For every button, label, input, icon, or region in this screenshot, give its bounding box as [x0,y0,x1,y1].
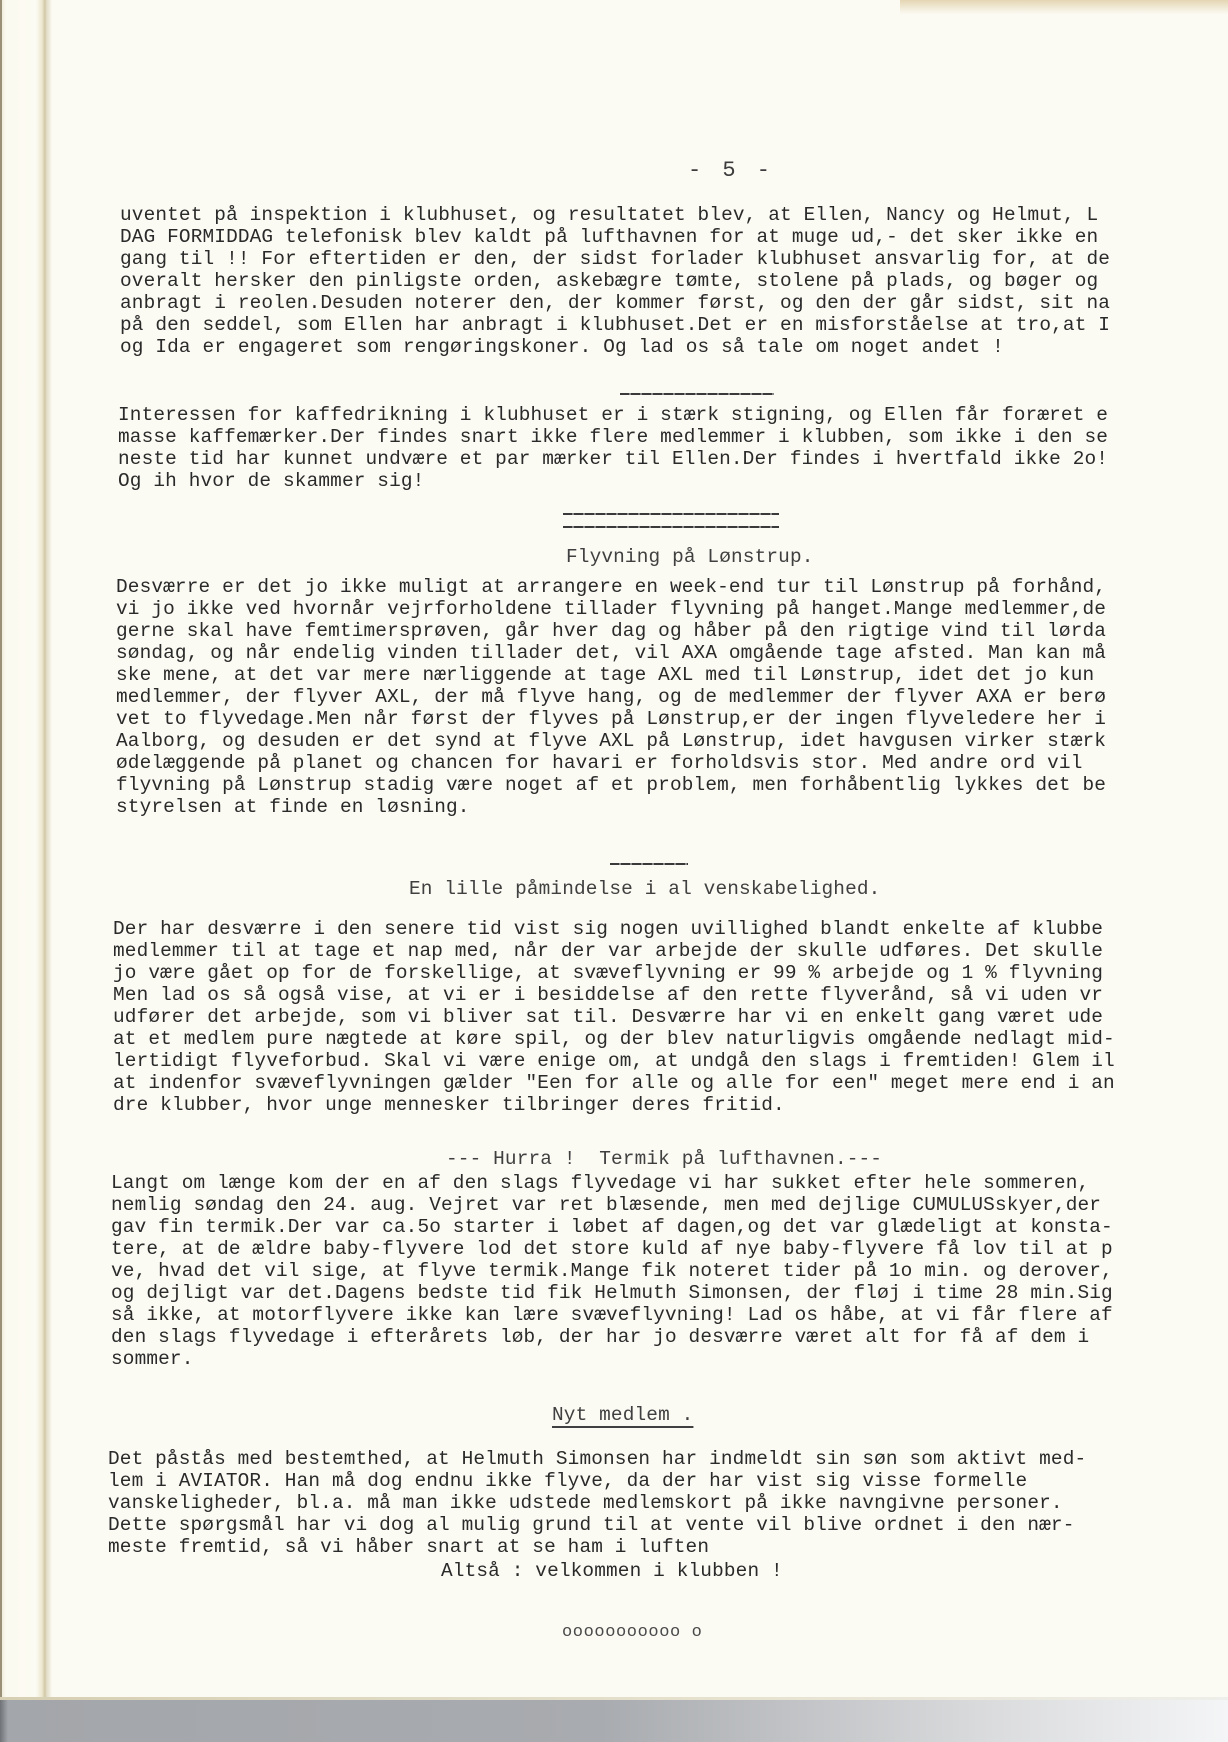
text-line: neste tid har kunnet undvære et par mærk… [118,448,1108,470]
text-line: Det påstås med bestemthed, at Helmuth Si… [108,1448,1086,1470]
text-line: ve, hvad det vil sige, at flyve termik.M… [111,1260,1113,1282]
text-line: ske mene, at det var mere nærliggende at… [116,664,1094,686]
text-line: flyvning på Lønstrup stadig være noget a… [116,774,1106,796]
end-mark: ooooooooooo o [562,1622,702,1644]
text-line: masse kaffemærker.Der findes snart ikke … [118,426,1108,448]
section-title-lonstrup: Flyvning på Lønstrup. [566,546,814,568]
text-line: lertidigt flyveforbud. Skal vi være enig… [113,1050,1115,1072]
page-number: - 5 - [688,158,774,183]
text-line: overalt hersker den pinligste orden, ask… [120,270,1098,292]
text-line: medlemmer til at tage et nap med, når de… [113,940,1103,962]
text-line: medlemmer, der flyver AXL, der må flyve … [116,686,1106,708]
text-line: meste fremtid, så vi håber snart at se h… [108,1536,709,1558]
text-line: Der har desværre i den senere tid vist s… [113,918,1103,940]
text-line: søndag, og når endelig vinden tillader d… [116,642,1106,664]
text-line: Og ih hvor de skammer sig! [118,470,424,492]
text-line: tere, at de ældre baby-flyvere lod det s… [111,1238,1113,1260]
text-line: gav fin termik.Der var ca.5o starter i l… [111,1216,1113,1238]
text-line: Dette spørgsmål har vi dog al mulig grun… [108,1514,1074,1536]
text-line: den slags flyvedage i efterårets løb, de… [111,1326,1089,1348]
section-divider [620,393,774,395]
text-line: vanskeligheder, bl.a. må man ikke udsted… [108,1492,1063,1514]
text-line: sommer. [111,1348,194,1370]
binding-strip [0,0,46,1700]
text-line: Men lad os så også vise, at vi er i besi… [113,984,1103,1006]
text-line: dre klubber, hvor unge mennesker tilbrin… [113,1094,785,1116]
text-line: gang til !! For eftertiden er den, der s… [120,248,1110,270]
text-line: vet to flyvedage.Men når først der flyve… [116,708,1106,730]
text-line: Aalborg, og desuden er det synd at flyve… [116,730,1106,752]
text-line: ødelæggende på planet og chancen for hav… [116,752,1082,774]
text-line: nemlig søndag den 24. aug. Vejret var re… [111,1194,1101,1216]
section-title-thermal: --- Hurra ! Termik på lufthavnen.--- [446,1148,882,1170]
section-title-new-member: Nyt medlem . [552,1404,693,1426]
text-line: jo være gået op for de forskellige, at s… [113,962,1103,984]
text-line: vi jo ikke ved hvornår vejrforholdene ti… [116,598,1106,620]
closing-line: Altså : velkommen i klubben ! [441,1560,783,1582]
text-line: anbragt i reolen.Desuden noterer den, de… [120,292,1110,314]
text-line: Langt om længe kom der en af den slags f… [111,1172,1089,1194]
paper-stain [900,0,1228,14]
text-line: gerne skal have femtimersprøven, går hve… [116,620,1106,642]
text-line: udfører det arbejde, som vi bliver sat t… [113,1006,1103,1028]
section-divider [610,863,688,865]
text-line: Desværre er det jo ikke muligt at arrang… [116,576,1106,598]
text-line: styrelsen at finde en løsning. [116,796,470,818]
double-rule-bottom [563,526,779,528]
text-line: og Ida er engageret som rengøringskoner.… [120,336,1004,358]
text-line: Interessen for kaffedrikning i klubhuset… [118,404,1108,426]
text-line: DAG FORMIDDAG telefonisk blev kaldt på l… [120,226,1098,248]
double-rule-top [563,513,779,515]
document-page: - 5 - uventet på inspektion i klubhuset,… [0,0,1228,1700]
text-line: uventet på inspektion i klubhuset, og re… [120,204,1098,226]
scanner-background [0,1700,1228,1742]
page-bottom-edge [0,1697,1228,1700]
sheet-edge-shadow [46,0,52,1700]
text-line: og dejligt var det.Dagens bedste tid fik… [111,1282,1113,1304]
text-line: at et medlem pure nægtede at køre spil, … [113,1028,1115,1050]
text-line: at indenfor svæveflyvningen gælder "Een … [113,1072,1115,1094]
text-line: på den seddel, som Ellen har anbragt i k… [120,314,1110,336]
section-title-reminder: En lille påmindelse i al venskabelighed. [409,878,880,900]
text-line: så ikke, at motorflyvere ikke kan lære s… [111,1304,1113,1326]
text-line: lem i AVIATOR. Han må dog endnu ikke fly… [108,1470,1027,1492]
